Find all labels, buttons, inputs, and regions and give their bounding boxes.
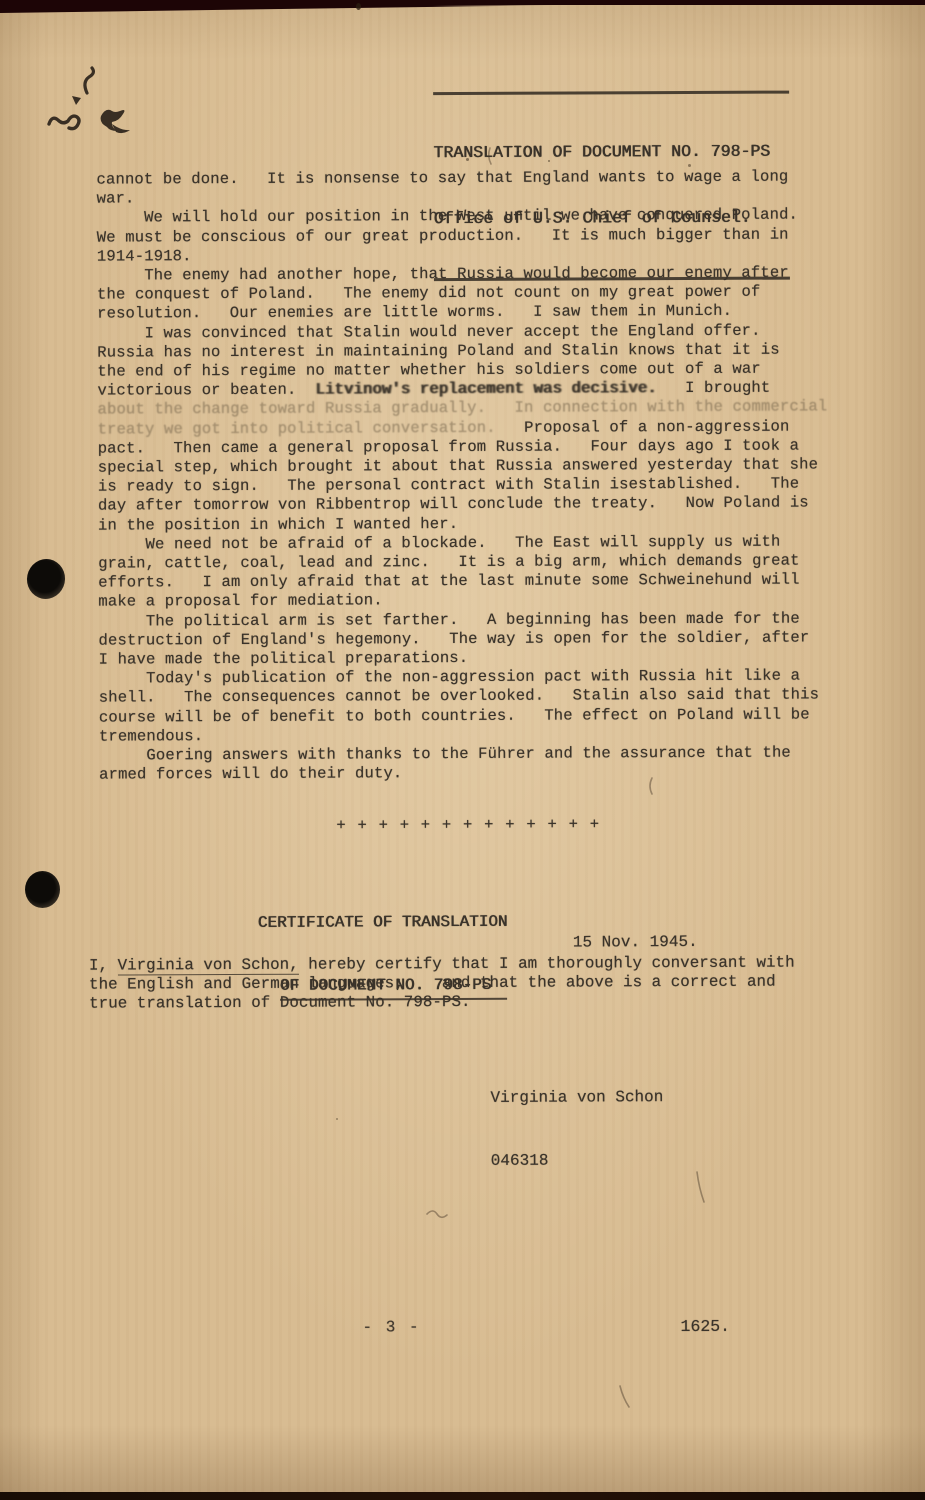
text-segment: the end of his regime no matter whether … bbox=[97, 360, 761, 381]
stamp-number: 1625. bbox=[680, 1317, 730, 1336]
text-segment: day after tomorrow von Ribbentrop will c… bbox=[98, 494, 809, 515]
signature-name: Virginia von Schon bbox=[490, 1087, 663, 1109]
plus-separator: + + + + + + + + + + + + + bbox=[336, 815, 600, 834]
typewritten-line: true translation of Document No. 798-PS. bbox=[89, 992, 795, 1014]
text-segment: I brought bbox=[657, 379, 771, 397]
text-segment: in the position in which I wanted her. bbox=[98, 515, 458, 535]
typewritten-line: course will be of benefit to both countr… bbox=[99, 705, 859, 728]
typewritten-line: efforts. I am only afraid that at the la… bbox=[98, 571, 858, 594]
typewritten-line: day after tomorrow von Ribbentrop will c… bbox=[98, 494, 858, 517]
text-segment: pact. Then came a general proposal from … bbox=[98, 436, 799, 457]
text-segment: the English and German languages; and th… bbox=[89, 973, 776, 994]
text-segment: hereby certify that I am thoroughly conv… bbox=[299, 954, 795, 974]
typewritten-line: the English and German languages; and th… bbox=[89, 973, 795, 995]
paper-speck bbox=[336, 1118, 338, 1120]
text-segment: The political arm is set farther. A begi… bbox=[98, 609, 799, 630]
typewritten-line: We must be conscious of our great produc… bbox=[97, 225, 857, 248]
text-segment: efforts. I am only afraid that at the la… bbox=[98, 571, 799, 592]
text-segment: destruction of England's hegemony. The w… bbox=[98, 628, 809, 649]
text-segment: make a proposal for mediation. bbox=[98, 592, 382, 611]
text-segment: treaty we got into political conversatio… bbox=[98, 418, 496, 438]
text-segment: Proposal of a non-aggression bbox=[496, 417, 790, 436]
paper-speck bbox=[466, 158, 469, 161]
text-segment: tremendous. bbox=[99, 727, 203, 745]
text-segment: is ready to sign. The personal contract … bbox=[98, 475, 799, 496]
text-segment: We will hold our position in the West un… bbox=[97, 206, 798, 227]
text-segment: cannot be done. It is nonsense to say th… bbox=[96, 168, 788, 189]
certificate-text: I, Virginia von Schon, hereby certify th… bbox=[89, 954, 795, 1015]
typewritten-line: cannot be done. It is nonsense to say th… bbox=[96, 167, 856, 190]
certificate-heading-line1: CERTIFICATE OF TRANSLATION bbox=[258, 912, 508, 934]
text-segment: about the change toward Russia gradually… bbox=[97, 398, 827, 419]
paper-speck bbox=[548, 160, 550, 162]
text-segment: the conquest of Poland. The enemy did no… bbox=[97, 283, 761, 304]
text-segment: special step, which brought it about tha… bbox=[98, 455, 818, 476]
text-segment: Today's publication of the non-aggressio… bbox=[99, 667, 800, 688]
text-segment: I, bbox=[89, 957, 118, 975]
text-segment: 1914-1918. bbox=[97, 247, 192, 265]
page-number: - 3 - bbox=[362, 1318, 420, 1336]
text-segment: I was convinced that Stalin would never … bbox=[97, 321, 761, 342]
text-segment: course will be of benefit to both countr… bbox=[99, 705, 810, 726]
text-segment: We need not be afraid of a blockade. The… bbox=[98, 532, 780, 553]
typewritten-line: armed forces will do their duty. bbox=[99, 763, 859, 786]
text-segment: Goering answers with thanks to the Führe… bbox=[99, 744, 791, 765]
text-segment: Russia has no interest in maintaining Po… bbox=[97, 340, 779, 361]
text-segment: resolution. Our enemies are little worms… bbox=[97, 302, 732, 323]
typewritten-line: Goering answers with thanks to the Führe… bbox=[99, 743, 859, 766]
certificate-date: 15 Nov. 1945. bbox=[573, 933, 698, 952]
text-segment: Virginia von Schon, bbox=[118, 956, 299, 976]
text-segment: true translation of Document No. 798-PS. bbox=[89, 993, 471, 1013]
document-body: cannot be done. It is nonsense to say th… bbox=[96, 167, 859, 785]
text-segment: The enemy had another hope, that Russia … bbox=[97, 264, 789, 285]
paper-speck bbox=[688, 164, 691, 167]
document-content: TRANSLATION OF DOCUMENT NO. 798-PS Offic… bbox=[0, 0, 925, 1500]
signature-number: 046318 bbox=[491, 1150, 664, 1172]
text-segment: grain, cattle, coal, lead and zinc. It i… bbox=[98, 552, 799, 573]
signature-block: Virginia von Schon 046318 bbox=[490, 1045, 664, 1214]
typewritten-line: destruction of England's hegemony. The w… bbox=[98, 628, 858, 651]
typewritten-line: the conquest of Poland. The enemy did no… bbox=[97, 282, 857, 305]
text-segment: armed forces will do their duty. bbox=[99, 765, 402, 784]
paper-speck bbox=[356, 3, 361, 10]
text-segment: shell. The consequences cannot be overlo… bbox=[99, 686, 819, 707]
text-segment: I have made the political preparations. bbox=[99, 649, 469, 669]
text-segment: war. bbox=[97, 190, 135, 208]
scanned-document-page: TRANSLATION OF DOCUMENT NO. 798-PS Offic… bbox=[0, 0, 925, 1500]
text-segment: Litvinow's replacement was decisive. bbox=[315, 379, 656, 398]
header-title: TRANSLATION OF DOCUMENT NO. 798-PS bbox=[433, 141, 789, 165]
text-segment: victorious or beaten. bbox=[97, 381, 315, 400]
text-segment: We must be conscious of our great produc… bbox=[97, 225, 789, 246]
